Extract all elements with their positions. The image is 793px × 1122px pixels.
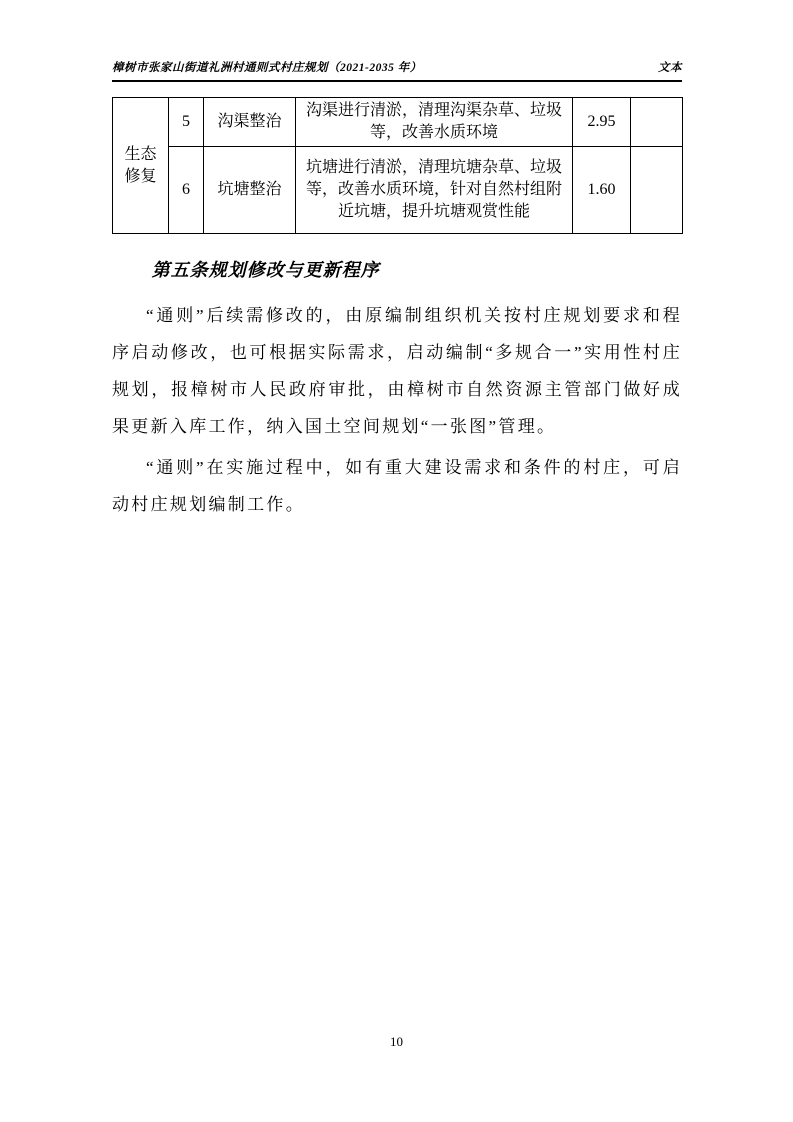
page-number: 10	[390, 1034, 403, 1049]
table-row: 生态修复 5 沟渠整治 沟渠进行清淤，清理沟渠杂草、垃圾等，改善水质环境 2.9…	[113, 98, 683, 147]
eco-restoration-table: 生态修复 5 沟渠整治 沟渠进行清淤，清理沟渠杂草、垃圾等，改善水质环境 2.9…	[112, 97, 683, 234]
project-name-cell: 坑塘整治	[204, 147, 296, 234]
header-title: 樟树市张家山街道礼洲村通则式村庄规划（2021-2035 年）	[112, 59, 422, 75]
value-cell: 1.60	[573, 147, 631, 234]
page-footer: 10	[0, 1034, 793, 1050]
project-name-cell: 沟渠整治	[204, 98, 296, 147]
section-heading: 第五条规划修改与更新程序	[112, 257, 682, 283]
project-desc-cell: 坑塘进行清淤，清理坑塘杂草、垃圾等，改善水质环境，针对自然村组附近坑塘，提升坑塘…	[296, 147, 573, 234]
paragraph: “通则”在实施过程中，如有重大建设需求和条件的村庄，可启动村庄规划编制工作。	[112, 449, 682, 523]
paragraph: “通则”后续需修改的，由原编制组织机关按村庄规划要求和程序启动修改，也可根据实际…	[112, 297, 682, 445]
row-number-cell: 5	[169, 98, 204, 147]
project-desc-cell: 沟渠进行清淤，清理沟渠杂草、垃圾等，改善水质环境	[296, 98, 573, 147]
table-row: 6 坑塘整治 坑塘进行清淤，清理坑塘杂草、垃圾等，改善水质环境，针对自然村组附近…	[113, 147, 683, 234]
row-number-cell: 6	[169, 147, 204, 234]
category-cell: 生态修复	[113, 98, 169, 234]
value-cell: 2.95	[573, 98, 631, 147]
empty-cell	[631, 147, 683, 234]
empty-cell	[631, 98, 683, 147]
body-content: 第五条规划修改与更新程序 “通则”后续需修改的，由原编制组织机关按村庄规划要求和…	[112, 232, 682, 523]
running-header: 樟树市张家山街道礼洲村通则式村庄规划（2021-2035 年） 文本	[112, 59, 682, 82]
document-page: 樟树市张家山街道礼洲村通则式村庄规划（2021-2035 年） 文本 生态修复 …	[0, 0, 793, 1122]
header-right-label: 文本	[658, 59, 682, 75]
